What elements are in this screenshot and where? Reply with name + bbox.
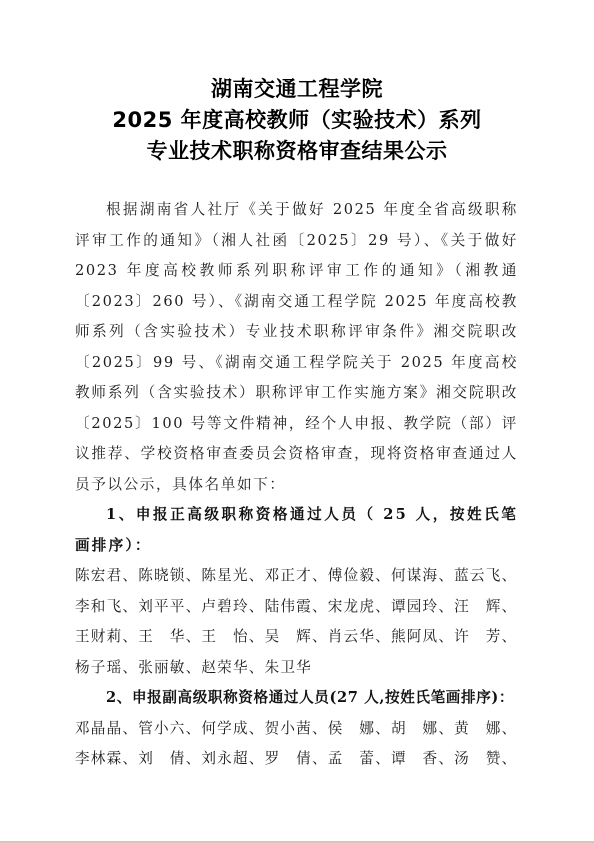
list-item: 熊阿凤、 [391,622,454,653]
list-item: 侯 娜、 [328,714,391,745]
name-list-associate: 邓晶晶、 管小六、 何学成、 贺小茜、 侯 娜、 胡 娜、 黄 娜、 李林霖、 … [75,714,518,775]
list-item: 邓晶晶、 [75,714,138,745]
list-item: 谭 香、 [391,744,454,775]
list-item: 蓝云飞、 [454,561,517,592]
list-item: 孟 蕾、 [328,744,391,775]
list-item: 黄 娜、 [454,714,517,745]
list-item: 刘永超、 [201,744,264,775]
list-item: 贺小茜、 [265,714,328,745]
list-item: 李林霖、 [75,744,138,775]
section-heading-associate: 2、申报副高级职称资格通过人员(27 人,按姓氏笔画排序)： [75,683,518,714]
list-item: 肖云华、 [328,622,391,653]
list-item: 李和飞、 [75,592,138,623]
name-list-senior: 陈宏君、 陈晓锁、 陈星光、 邓正才、 傅俭毅、 何谋海、 蓝云飞、 李和飞、 … [75,561,518,683]
list-item: 罗 倩、 [265,744,328,775]
list-item: 何谋海、 [391,561,454,592]
list-item: 管小六、 [138,714,201,745]
list-item: 朱卫华 [265,653,328,684]
list-item: 邓正才、 [265,561,328,592]
list-item: 陆伟霞、 [265,592,328,623]
list-item: 杨子瑶、 [75,653,138,684]
list-item: 陈晓锁、 [138,561,201,592]
document-page: 湖南交通工程学院 2025 年度高校教师（实验技术）系列 专业技术职称资格审查结… [0,0,594,841]
list-item: 汪 辉、 [454,592,517,623]
list-item: 汤 赞、 [454,744,517,775]
document-body: 根据湖南省人社厅《关于做好 2025 年度全省高级职称评审工作的通知》（湘人社函… [75,195,518,775]
list-item: 王财莉、 [75,622,138,653]
list-item: 赵荣华、 [201,653,264,684]
list-item: 傅俭毅、 [328,561,391,592]
list-item: 王 怡、 [201,622,264,653]
list-item: 张丽敏、 [138,653,201,684]
section-heading-senior: 1、申报正高级职称资格通过人员（ 25 人，按姓氏笔画排序）： [75,500,518,561]
document-title: 湖南交通工程学院 2025 年度高校教师（实验技术）系列 专业技术职称资格审查结… [0,74,594,167]
list-item: 吴 辉、 [265,622,328,653]
list-item: 谭园玲、 [391,592,454,623]
title-line-institution: 湖南交通工程学院 [0,74,594,105]
list-item: 胡 娜、 [391,714,454,745]
list-item: 陈宏君、 [75,561,138,592]
list-item: 刘平平、 [138,592,201,623]
title-line-subject: 专业技术职称资格审查结果公示 [0,136,594,167]
list-item: 许 芳、 [454,622,517,653]
intro-paragraph: 根据湖南省人社厅《关于做好 2025 年度全省高级职称评审工作的通知》（湘人社函… [75,195,518,500]
title-line-series: 2025 年度高校教师（实验技术）系列 [0,105,594,136]
list-item: 卢碧玲、 [201,592,264,623]
list-item: 何学成、 [201,714,264,745]
list-item: 陈星光、 [201,561,264,592]
list-item: 宋龙虎、 [328,592,391,623]
list-item: 刘 倩、 [138,744,201,775]
list-item: 王 华、 [138,622,201,653]
